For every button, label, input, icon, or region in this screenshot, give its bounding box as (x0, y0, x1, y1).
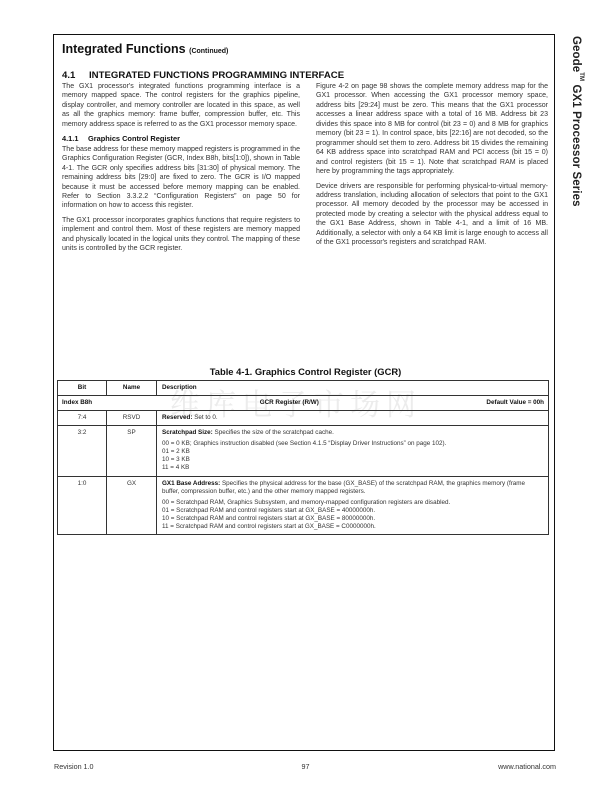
address-map-paragraph: Figure 4-2 on page 98 shows the complete… (316, 82, 548, 177)
subsection-number: 4.1.1 (62, 134, 88, 143)
device-drivers-paragraph: Device drivers are responsible for perfo… (316, 182, 548, 248)
page-title: Integrated Functions (Continued) (62, 42, 228, 56)
table-header-row: Bit Name Description (58, 381, 549, 396)
register-name: GCR Register (R/W) (92, 399, 486, 407)
bit-cell: 7:4 (58, 411, 107, 426)
left-column: The GX1 processor's integrated functions… (62, 82, 300, 259)
field-summary: Set to 0. (192, 414, 217, 421)
right-column: Figure 4-2 on page 98 shows the complete… (316, 82, 548, 253)
table-row: 3:2SPScratchpad Size: Specifies the size… (58, 426, 549, 476)
value-encoding: 10 = 3 KB (162, 456, 544, 464)
header-bit: Bit (58, 381, 107, 396)
graphics-functions-paragraph: The GX1 processor incorporates graphics … (62, 216, 300, 254)
value-encoding: 01 = Scratchpad RAM and control register… (162, 507, 544, 515)
bit-cell: 1:0 (58, 476, 107, 535)
table-caption: Table 4-1. Graphics Control Register (GC… (0, 366, 611, 377)
subsection-heading: 4.1.1Graphics Control Register (62, 134, 300, 143)
description-cell: Reserved: Set to 0. (157, 411, 549, 426)
bit-cell: 3:2 (58, 426, 107, 476)
field-name: Scratchpad Size: (162, 429, 213, 436)
value-encoding: 10 = Scratchpad RAM and control register… (162, 515, 544, 523)
trademark-mark: TM (578, 72, 584, 81)
field-name: GX1 Base Address: (162, 480, 220, 487)
name-cell: RSVD (107, 411, 157, 426)
name-cell: GX (107, 476, 157, 535)
register-index: Index B8h (62, 399, 92, 407)
table-body: 7:4RSVDReserved: Set to 0.3:2SPScratchpa… (58, 411, 549, 535)
value-encoding: 01 = 2 KB (162, 448, 544, 456)
footer-url[interactable]: www.national.com (498, 762, 556, 771)
name-cell: SP (107, 426, 157, 476)
description-cell: GX1 Base Address: Specifies the physical… (157, 476, 549, 535)
gcr-table: Bit Name Description Index B8h GCR Regis… (57, 380, 549, 535)
table-row: 7:4RSVDReserved: Set to 0. (58, 411, 549, 426)
header-description: Description (157, 381, 549, 396)
section-title: INTEGRATED FUNCTIONS PROGRAMMING INTERFA… (89, 70, 344, 81)
side-title-brand: Geode (570, 36, 582, 72)
section-number: 4.1 (62, 70, 89, 81)
side-title: GeodeTM GX1 Processor Series (566, 36, 584, 226)
register-default: Default Value = 00h (486, 399, 544, 407)
table-row: 1:0GXGX1 Base Address: Specifies the phy… (58, 476, 549, 535)
page-title-suffix: (Continued) (189, 48, 228, 55)
section-heading: 4.1INTEGRATED FUNCTIONS PROGRAMMING INTE… (62, 70, 344, 81)
header-name: Name (107, 381, 157, 396)
value-encoding: 11 = Scratchpad RAM and control register… (162, 523, 544, 531)
value-encoding: 11 = 4 KB (162, 464, 544, 472)
index-row: Index B8h GCR Register (R/W) Default Val… (58, 396, 549, 411)
page-title-text: Integrated Functions (62, 42, 186, 56)
side-title-series: GX1 Processor Series (570, 81, 582, 206)
value-encoding: 00 = Scratchpad RAM, Graphics Subsystem,… (162, 499, 544, 507)
subsection-title: Graphics Control Register (88, 134, 180, 143)
intro-paragraph: The GX1 processor's integrated functions… (62, 82, 300, 129)
field-name: Reserved: (162, 414, 192, 421)
description-cell: Scratchpad Size: Specifies the size of t… (157, 426, 549, 476)
value-encoding: 00 = 0 KB; Graphics instruction disabled… (162, 440, 544, 448)
field-summary: Specifies the size of the scratchpad cac… (213, 429, 334, 436)
gcr-paragraph: The base address for these memory mapped… (62, 145, 300, 211)
